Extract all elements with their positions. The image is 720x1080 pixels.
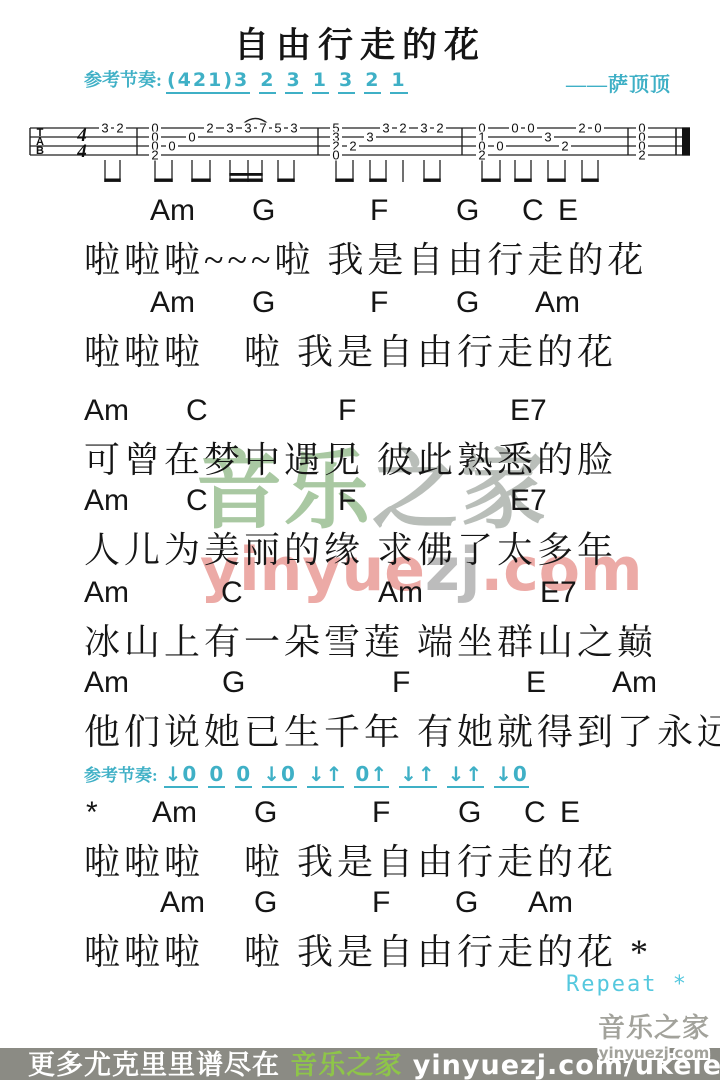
reference-strum-pattern: 参考节奏:↓000↓0↓↑0↑↓↑↓↑↓0: [84, 761, 539, 788]
svg-text:7: 7: [259, 121, 266, 136]
chord-symbol: G: [456, 194, 479, 228]
chord-lyric-line: AmGFGAm啦啦啦 啦 我是自由行走的花 *: [0, 886, 720, 970]
lyric-text: 啦啦啦~~~啦 我是自由行走的花: [84, 232, 647, 283]
svg-text:B: B: [36, 145, 44, 157]
strum-pattern: ↓000↓0↓↑0↑↓↑↓↑↓0: [164, 768, 539, 785]
svg-text:2: 2: [399, 121, 406, 136]
svg-text:3: 3: [101, 121, 108, 136]
chord-lyric-line: *AmGFGCE啦啦啦 啦 我是自由行走的花: [0, 796, 720, 880]
rhythm-group: ↓↑: [307, 764, 345, 788]
chord-symbol: Am: [535, 286, 580, 320]
lyric-text: 啦啦啦 啦 我是自由行走的花: [84, 834, 617, 885]
chord-symbol: F: [338, 394, 356, 428]
svg-text:3: 3: [366, 130, 373, 145]
svg-text:2: 2: [478, 148, 485, 163]
chord-symbol: C: [522, 194, 544, 228]
chord-lyric-line: AmCFE7可曾在梦中遇见 彼此熟悉的脸: [0, 394, 720, 478]
lyric-text: 啦啦啦 啦 我是自由行走的花: [84, 324, 617, 375]
chord-symbol: G: [254, 796, 277, 830]
svg-text:3: 3: [544, 130, 551, 145]
chord-symbol: G: [252, 286, 275, 320]
ukulele-chord-sheet: 音乐之家 yinyuezj.com 自由行走的花 参考节奏:(421)32313…: [0, 0, 720, 1080]
rhythm-group: ↓↑: [447, 764, 485, 788]
chord-symbol: G: [254, 886, 277, 920]
svg-text:0: 0: [511, 121, 518, 136]
lyric-text: 冰山上有一朵雪莲 端坐群山之巅: [84, 614, 657, 665]
reference-rhythm-header: 参考节奏:(421)3231321: [84, 66, 417, 94]
svg-text:3: 3: [382, 121, 389, 136]
svg-text:3: 3: [290, 121, 297, 136]
footer-brand: 音乐之家: [290, 1050, 402, 1080]
rhythm-group: 0: [208, 764, 225, 788]
site-logo-name: 音乐之家: [588, 1014, 720, 1044]
chord-symbol: C: [186, 484, 208, 518]
svg-text:0: 0: [332, 148, 339, 163]
chord-symbol: E: [560, 796, 580, 830]
svg-text:2: 2: [638, 148, 645, 163]
rhythm-pattern: (421)3231321: [166, 73, 417, 90]
footer-prefix: 更多尤克里里谱尽在: [28, 1050, 290, 1080]
rhythm-group: ↓0: [494, 764, 529, 788]
svg-text:3: 3: [244, 121, 251, 136]
chord-lyric-line: AmGFGCE啦啦啦~~~啦 我是自由行走的花: [0, 194, 720, 278]
svg-text:4: 4: [76, 141, 87, 162]
chord-lyric-line: AmCAmE7冰山上有一朵雪莲 端坐群山之巅: [0, 576, 720, 660]
chord-symbol: G: [455, 886, 478, 920]
chord-symbol: F: [338, 484, 356, 518]
chord-symbol: G: [222, 666, 245, 700]
chord-symbol: F: [370, 194, 388, 228]
rhythm-group: 0: [235, 764, 252, 788]
rhythm-label: 参考节奏:: [84, 70, 162, 90]
rhythm-group: 3: [285, 71, 302, 94]
svg-text:2: 2: [436, 121, 443, 136]
chord-symbol: F: [392, 666, 410, 700]
chord-symbol: F: [372, 796, 390, 830]
svg-text:3: 3: [420, 121, 427, 136]
chord-symbol: E: [526, 666, 546, 700]
sheet-content: 自由行走的花 参考节奏:(421)3231321 ——萨顶顶 TAB443200…: [0, 0, 720, 1080]
ukulele-tab-staff: TAB4432000200233753532023323201020003220…: [0, 112, 720, 196]
lyric-text: 人儿为美丽的缘 求佛了太多年: [84, 522, 617, 573]
svg-text:2: 2: [206, 121, 213, 136]
chord-lyric-line: AmGFEAm他们说她已生千年 有她就得到了永远: [0, 666, 720, 750]
chord-symbol: C: [524, 796, 546, 830]
chord-lyric-line: AmGFGAm啦啦啦 啦 我是自由行走的花: [0, 286, 720, 370]
lyric-text: 他们说她已生千年 有她就得到了永远: [84, 704, 720, 755]
chord-symbol: Am: [160, 886, 205, 920]
song-title: 自由行走的花: [0, 18, 720, 68]
rhythm-group: 0↑: [354, 764, 389, 788]
rhythm-label: 参考节奏:: [84, 766, 158, 785]
chord-symbol: Am: [84, 666, 129, 700]
chord-symbol: Am: [84, 576, 129, 610]
chord-symbol: Am: [84, 394, 129, 428]
svg-text:2: 2: [349, 139, 356, 154]
lyric-text: 可曾在梦中遇见 彼此熟悉的脸: [84, 432, 617, 483]
chord-symbol: G: [252, 194, 275, 228]
rhythm-group: (421)3: [166, 71, 250, 94]
chord-symbol: Am: [528, 886, 573, 920]
rhythm-group: 2: [259, 71, 276, 94]
svg-text:0: 0: [188, 130, 195, 145]
repeat-instruction: Repeat *: [566, 972, 688, 997]
svg-text:3: 3: [226, 121, 233, 136]
chord-symbol: Am: [150, 194, 195, 228]
svg-text:2: 2: [578, 121, 585, 136]
chord-symbol: G: [456, 286, 479, 320]
chord-symbol: Am: [378, 576, 423, 610]
chord-symbol: F: [372, 886, 390, 920]
chord-symbol: E7: [510, 394, 547, 428]
svg-text:0: 0: [496, 139, 503, 154]
svg-text:0: 0: [594, 121, 601, 136]
chord-symbol: C: [221, 576, 243, 610]
svg-text:5: 5: [274, 121, 281, 136]
svg-text:0: 0: [168, 139, 175, 154]
chord-symbol: Am: [150, 286, 195, 320]
rhythm-group: 3: [338, 71, 355, 94]
rhythm-group: 1: [312, 71, 329, 94]
chord-symbol: E7: [510, 484, 547, 518]
chord-symbol: C: [186, 394, 208, 428]
chord-symbol: Am: [84, 484, 129, 518]
lyric-text: 啦啦啦 啦 我是自由行走的花 *: [84, 924, 652, 975]
chord-symbol: *: [86, 796, 98, 830]
svg-text:2: 2: [116, 121, 123, 136]
chord-symbol: E: [558, 194, 578, 228]
svg-text:2: 2: [151, 148, 158, 163]
svg-text:0: 0: [527, 121, 534, 136]
rhythm-group: ↓0: [164, 764, 199, 788]
artist-credit: ——萨顶顶: [566, 68, 671, 97]
site-logo-url: yinyuezj.com: [588, 1044, 720, 1062]
chord-symbol: Am: [152, 796, 197, 830]
rhythm-group: 2: [364, 71, 381, 94]
rhythm-group: ↓↑: [399, 764, 437, 788]
chord-symbol: G: [458, 796, 481, 830]
rhythm-group: ↓0: [262, 764, 297, 788]
chord-symbol: Am: [612, 666, 657, 700]
chord-symbol: E7: [540, 576, 577, 610]
rhythm-group: 1: [390, 71, 407, 94]
svg-text:2: 2: [561, 139, 568, 154]
chord-symbol: F: [370, 286, 388, 320]
chord-lyric-line: AmCFE7人儿为美丽的缘 求佛了太多年: [0, 484, 720, 568]
site-logo: 音乐之家 yinyuezj.com: [588, 1014, 720, 1062]
